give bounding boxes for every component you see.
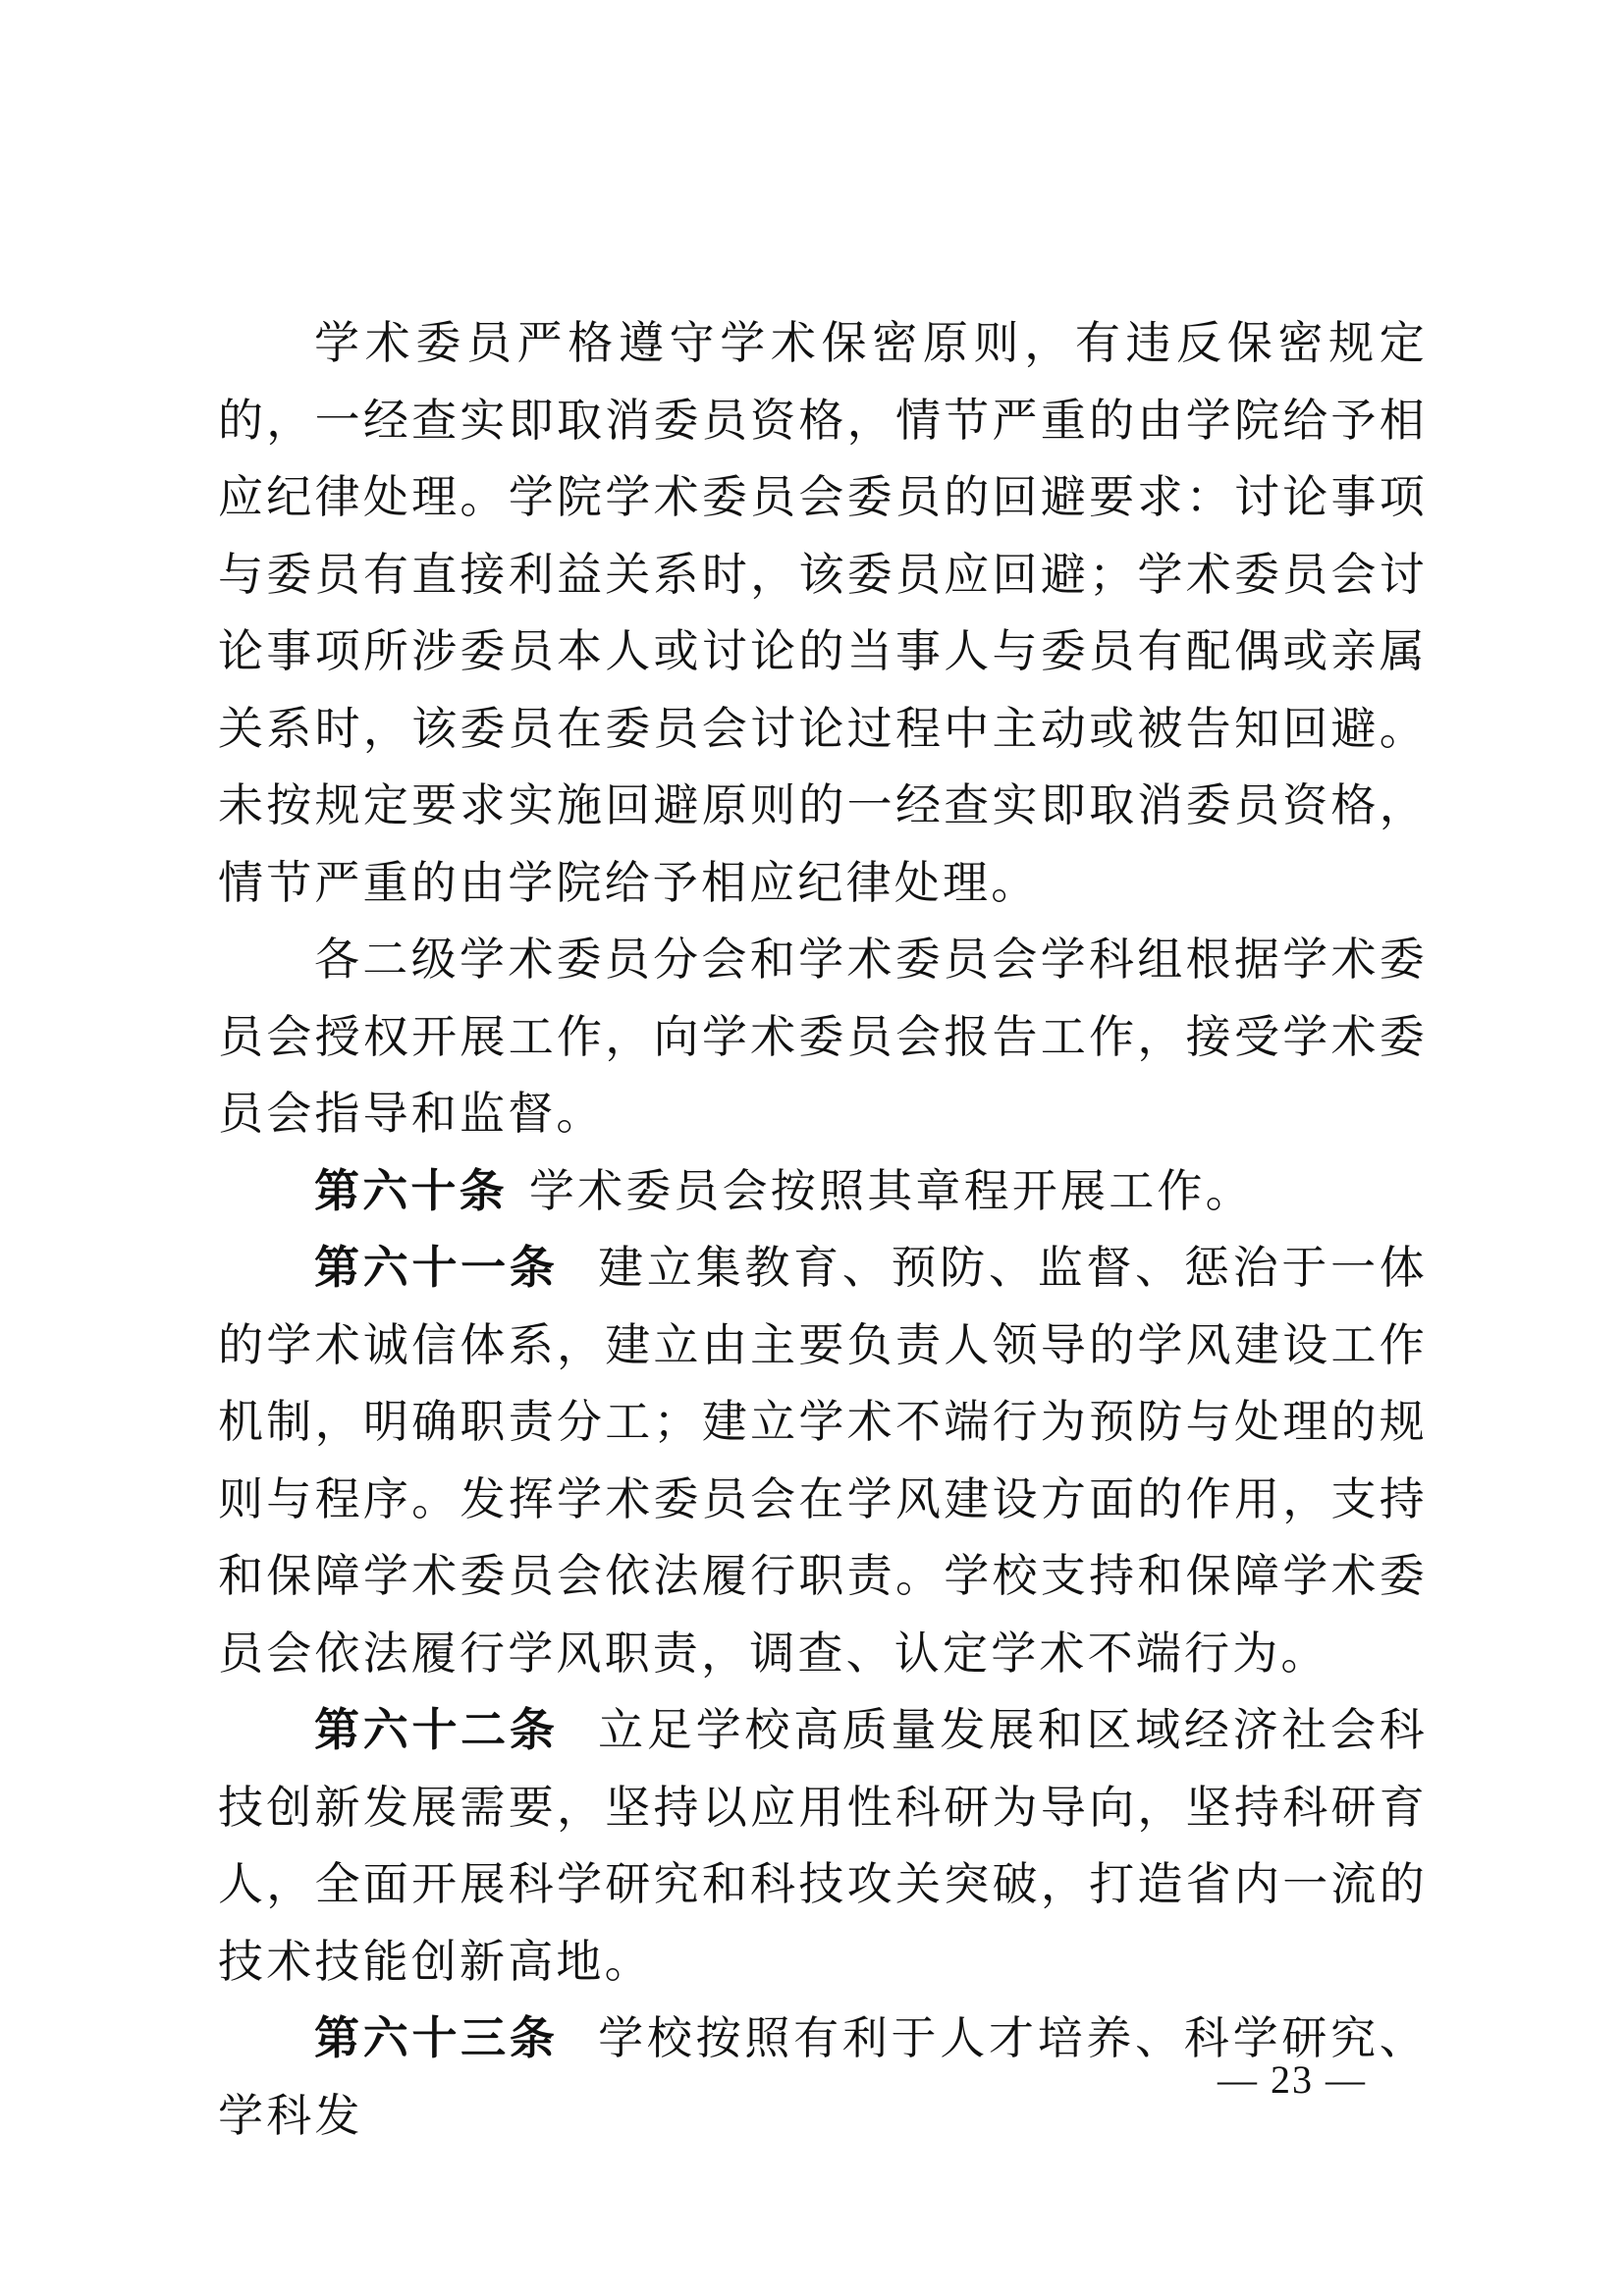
paragraph-confidentiality: 学术委员严格遵守学术保密原则，有违反保密规定的，一经查实即取消委员资格，情节严重… [218,304,1428,921]
paragraph-text: 学术委员严格遵守学术保密原则，有违反保密规定的，一经查实即取消委员资格，情节严重… [218,316,1428,909]
article-label: 第六十条 [314,1164,508,1217]
article-text: 学术委员会按照其章程开展工作。 [529,1164,1254,1217]
article-61: 第六十一条建立集教育、预防、监督、惩治于一体的学术诚信体系，建立由主要负责人领导… [218,1229,1428,1691]
article-label: 第六十一条 [314,1241,559,1294]
paragraph-text: 各二级学术委员分会和学术委员会学科组根据学术委员会授权开展工作，向学术委员会报告… [218,933,1428,1140]
paragraph-subcommittees: 各二级学术委员分会和学术委员会学科组根据学术委员会授权开展工作，向学术委员会报告… [218,921,1428,1152]
article-text: 建立集教育、预防、监督、惩治于一体的学术诚信体系，建立由主要负责人领导的学风建设… [218,1241,1428,1680]
article-62: 第六十二条立足学校高质量发展和区域经济社会科技创新发展需要，坚持以应用性科研为导… [218,1691,1428,2000]
document-page: 学术委员严格遵守学术保密原则，有违反保密规定的，一经查实即取消委员资格，情节严重… [218,304,1428,2154]
page-number: — 23 — [1218,2056,1367,2103]
article-label: 第六十三条 [314,2011,559,2064]
article-label: 第六十二条 [314,1703,559,1756]
article-60: 第六十条学术委员会按照其章程开展工作。 [218,1152,1428,1230]
